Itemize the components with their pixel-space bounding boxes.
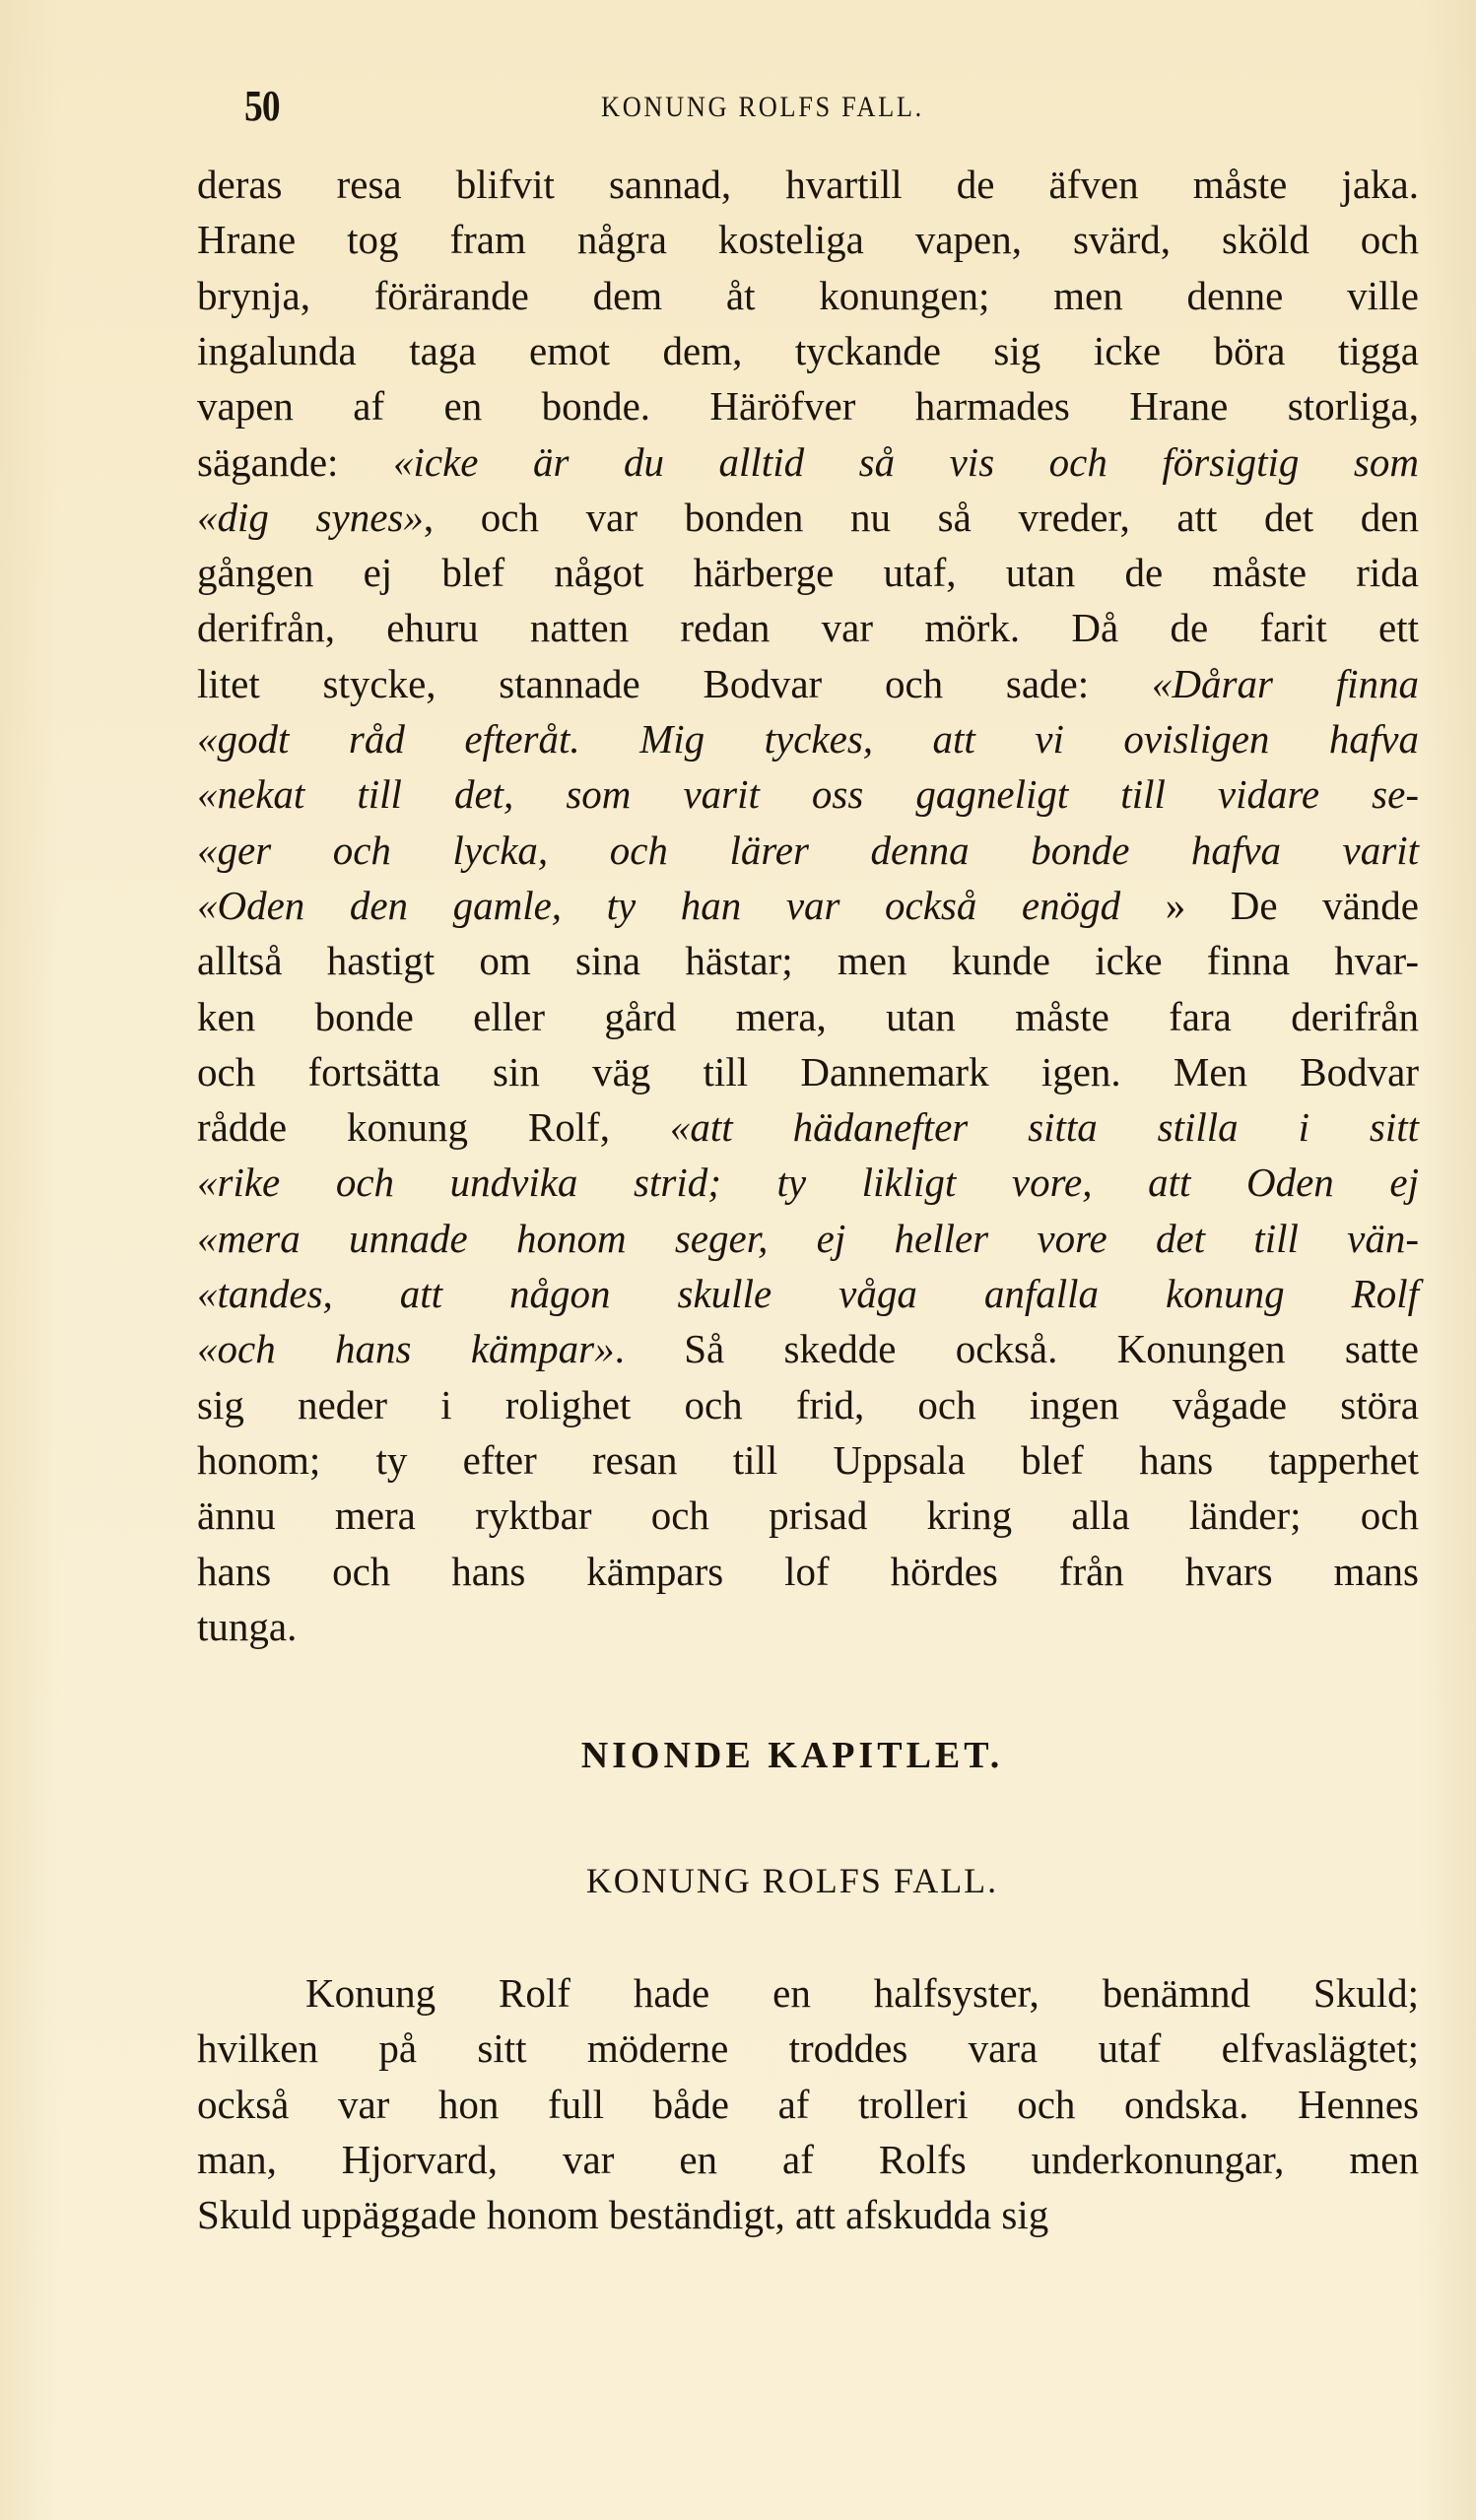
text-line: alltså hastigt om sina hästar; men kunde… bbox=[197, 934, 1419, 987]
text-segment: derifrån, ehuru natten redan var mörk. D… bbox=[197, 605, 1419, 650]
chapter-subtitle: KONUNG ROLFS FALL. bbox=[0, 1860, 1476, 1901]
text-line: ännu mera ryktbar och prisad kring alla … bbox=[197, 1489, 1419, 1542]
text-line: brynja, förärande dem åt konungen; men d… bbox=[197, 269, 1419, 322]
italic-quote-text: «rike och undvika strid; ty likligt vore… bbox=[197, 1160, 1419, 1205]
text-line: man, Hjorvard, var en af Rolfs underkonu… bbox=[197, 2133, 1419, 2186]
text-line: Skuld uppäggade honom beständigt, att af… bbox=[197, 2188, 1419, 2241]
text-line: «ger och lycka, och lärer denna bonde ha… bbox=[197, 824, 1419, 877]
text-line: tunga. bbox=[197, 1600, 1419, 1653]
text-segment: ännu mera ryktbar och prisad kring alla … bbox=[197, 1492, 1419, 1538]
text-segment: litet stycke, stannade Bodvar och sade: bbox=[197, 661, 1152, 706]
text-segment: Hrane tog fram några kosteliga vapen, sv… bbox=[197, 217, 1419, 262]
text-line: «tandes, att någon skulle våga anfalla k… bbox=[197, 1267, 1419, 1320]
italic-quote-text: «mera unnade honom seger, ej heller vore… bbox=[197, 1216, 1419, 1261]
text-line: Konung Rolf hade en halfsyster, benämnd … bbox=[305, 1966, 1419, 2020]
italic-quote-text: «Dårar finna bbox=[1152, 661, 1419, 706]
text-segment: , och var bonden nu så vreder, att det d… bbox=[424, 495, 1419, 540]
text-segment: . Så skedde också. Konungen satte bbox=[615, 1326, 1419, 1371]
text-line: sig neder i rolighet och frid, och ingen… bbox=[197, 1378, 1419, 1431]
chapter-heading: NIONDE KAPITLET. bbox=[0, 1734, 1476, 1777]
italic-quote-text: «icke är du alltid så vis och försigtig … bbox=[393, 439, 1419, 485]
text-line: ingalunda taga emot dem, tyckande sig ic… bbox=[197, 324, 1419, 377]
text-line: «godt råd efteråt. Mig tyckes, att vi ov… bbox=[197, 712, 1419, 765]
text-segment: hvilken på sitt möderne troddes vara uta… bbox=[197, 2025, 1419, 2071]
text-segment: tunga. bbox=[197, 1604, 297, 1649]
text-segment: » De vände bbox=[1120, 883, 1419, 928]
text-line: också var hon full både af trolleri och … bbox=[197, 2078, 1419, 2131]
text-line: litet stycke, stannade Bodvar och sade: … bbox=[197, 657, 1419, 710]
text-segment: honom; ty efter resan till Uppsala blef … bbox=[197, 1437, 1419, 1483]
text-segment: rådde konung Rolf, bbox=[197, 1104, 670, 1150]
text-line: ken bonde eller gård mera, utan måste fa… bbox=[197, 990, 1419, 1043]
italic-quote-text: «godt råd efteråt. Mig tyckes, att vi ov… bbox=[197, 716, 1419, 762]
text-line: hans och hans kämpars lof hördes från hv… bbox=[197, 1545, 1419, 1598]
text-line: sägande: «icke är du alltid så vis och f… bbox=[197, 435, 1419, 489]
text-line: hvilken på sitt möderne troddes vara uta… bbox=[197, 2022, 1419, 2075]
text-line: «rike och undvika strid; ty likligt vore… bbox=[197, 1156, 1419, 1209]
text-line: honom; ty efter resan till Uppsala blef … bbox=[197, 1433, 1419, 1487]
text-segment: sägande: bbox=[197, 439, 393, 485]
text-line: «mera unnade honom seger, ej heller vore… bbox=[197, 1212, 1419, 1265]
text-segment: sig neder i rolighet och frid, och ingen… bbox=[197, 1382, 1419, 1427]
text-line: och fortsätta sin väg till Dannemark ige… bbox=[197, 1045, 1419, 1098]
text-segment: ken bonde eller gård mera, utan måste fa… bbox=[197, 994, 1419, 1039]
text-segment: vapen af en bonde. Häröfver harmades Hra… bbox=[197, 383, 1419, 429]
book-page: 50 KONUNG ROLFS FALL. deras resa blifvit… bbox=[0, 0, 1476, 2520]
text-line: «nekat till det, som varit oss gagneligt… bbox=[197, 767, 1419, 821]
italic-quote-text: «och hans kämpar» bbox=[197, 1326, 615, 1371]
running-head: 50 KONUNG ROLFS FALL. bbox=[195, 81, 1419, 130]
text-line: «Oden den gamle, ty han var också enögd … bbox=[197, 879, 1419, 932]
text-segment: gången ej blef något härberge utaf, utan… bbox=[197, 550, 1419, 595]
text-segment: man, Hjorvard, var en af Rolfs underkonu… bbox=[197, 2137, 1419, 2182]
text-line: gången ej blef något härberge utaf, utan… bbox=[197, 546, 1419, 599]
text-line: «dig synes», och var bonden nu så vreder… bbox=[197, 491, 1419, 544]
italic-quote-text: «Oden den gamle, ty han var också enögd bbox=[197, 883, 1120, 928]
text-line: deras resa blifvit sannad, hvartill de ä… bbox=[197, 158, 1419, 211]
text-line: rådde konung Rolf, «att hädanefter sitta… bbox=[197, 1100, 1419, 1154]
italic-quote-text: «att hädanefter sitta stilla i sitt bbox=[670, 1104, 1419, 1150]
page-number: 50 bbox=[244, 81, 280, 131]
italic-quote-text: «nekat till det, som varit oss gagneligt… bbox=[197, 771, 1419, 817]
text-segment: alltså hastigt om sina hästar; men kunde… bbox=[197, 938, 1419, 983]
text-segment: också var hon full både af trolleri och … bbox=[197, 2082, 1419, 2127]
text-segment: ingalunda taga emot dem, tyckande sig ic… bbox=[197, 328, 1419, 373]
text-segment: Skuld uppäggade honom beständigt, att af… bbox=[197, 2192, 1048, 2237]
italic-quote-text: «ger och lycka, och lärer denna bonde ha… bbox=[197, 828, 1419, 873]
running-title: KONUNG ROLFS FALL. bbox=[601, 91, 924, 124]
text-segment: Konung Rolf hade en halfsyster, benämnd … bbox=[305, 1970, 1419, 2016]
text-segment: hans och hans kämpars lof hördes från hv… bbox=[197, 1549, 1419, 1594]
text-line: derifrån, ehuru natten redan var mörk. D… bbox=[197, 601, 1419, 654]
text-segment: brynja, förärande dem åt konungen; men d… bbox=[197, 273, 1419, 318]
italic-quote-text: «dig synes» bbox=[197, 495, 424, 540]
text-line: Hrane tog fram några kosteliga vapen, sv… bbox=[197, 213, 1419, 266]
text-line: vapen af en bonde. Häröfver harmades Hra… bbox=[197, 379, 1419, 432]
text-segment: och fortsätta sin väg till Dannemark ige… bbox=[197, 1049, 1419, 1094]
text-line: «och hans kämpar». Så skedde också. Konu… bbox=[197, 1322, 1419, 1375]
italic-quote-text: «tandes, att någon skulle våga anfalla k… bbox=[197, 1271, 1419, 1316]
text-segment: deras resa blifvit sannad, hvartill de ä… bbox=[197, 162, 1419, 207]
